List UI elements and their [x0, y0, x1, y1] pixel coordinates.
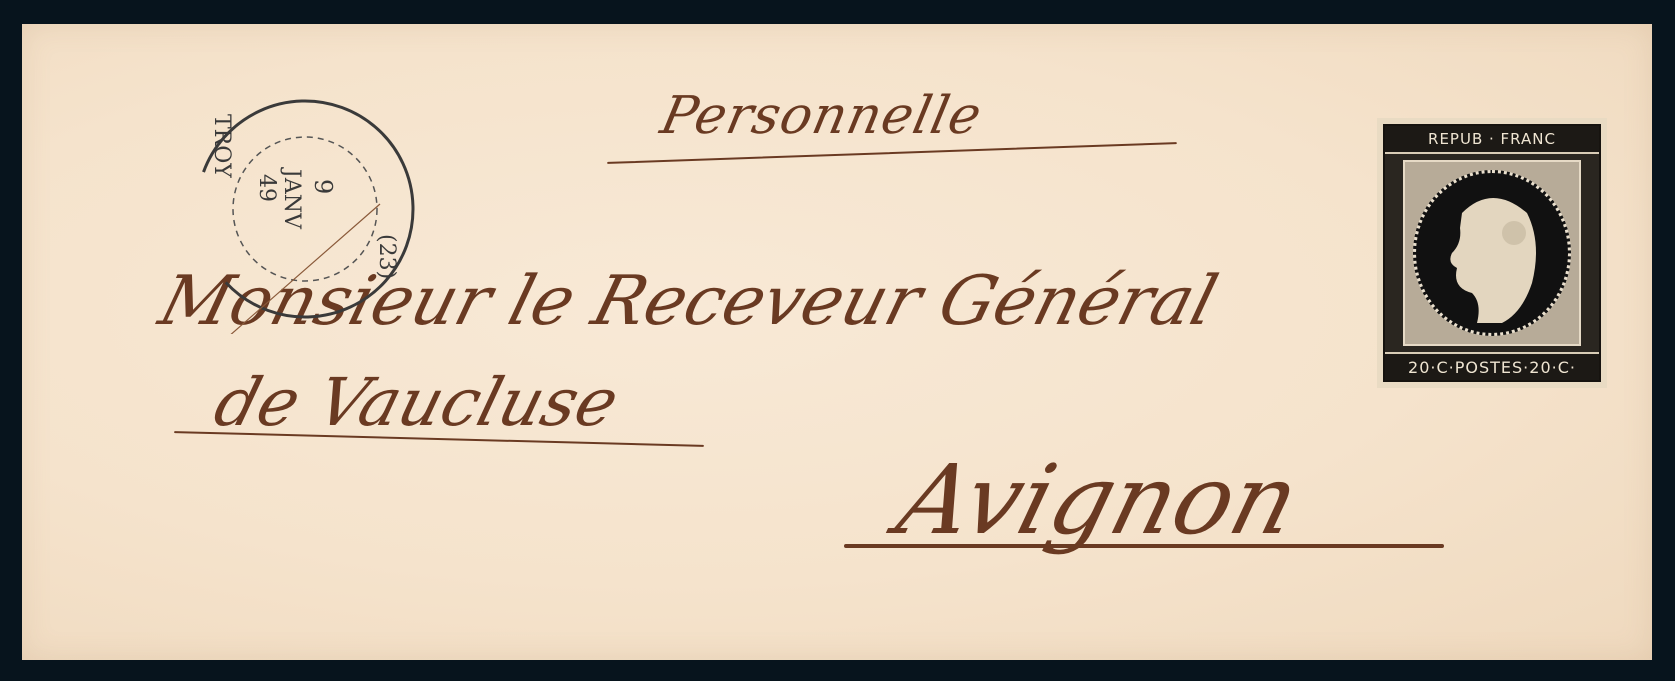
postmark-cancel: TROY (23) 9 JANV 49 [180, 84, 430, 334]
postmark-day: 9 [309, 179, 337, 194]
stamp-top-label: REPUB · FRANC [1385, 126, 1599, 154]
postal-cover: Personnelle Monsieur le Receveur Général… [22, 24, 1652, 660]
destination-city: Avignon [887, 444, 1310, 556]
header-note: Personnelle [656, 86, 988, 146]
postmark-year: 49 [254, 174, 279, 202]
address-line-2: de Vaucluse [207, 364, 627, 441]
city-underline [844, 544, 1444, 548]
ceres-portrait-icon [1413, 170, 1571, 336]
postmark-town: TROY [209, 114, 234, 178]
stamp-bottom-label: 20·C·POSTES·20·C· [1385, 352, 1599, 380]
postage-stamp: REPUB · FRANC 20·C·POSTES·20·C· [1377, 118, 1607, 388]
stamp-medallion [1403, 160, 1581, 346]
postmark-department: (23) [374, 234, 399, 279]
postmark-month: JANV [279, 167, 304, 230]
